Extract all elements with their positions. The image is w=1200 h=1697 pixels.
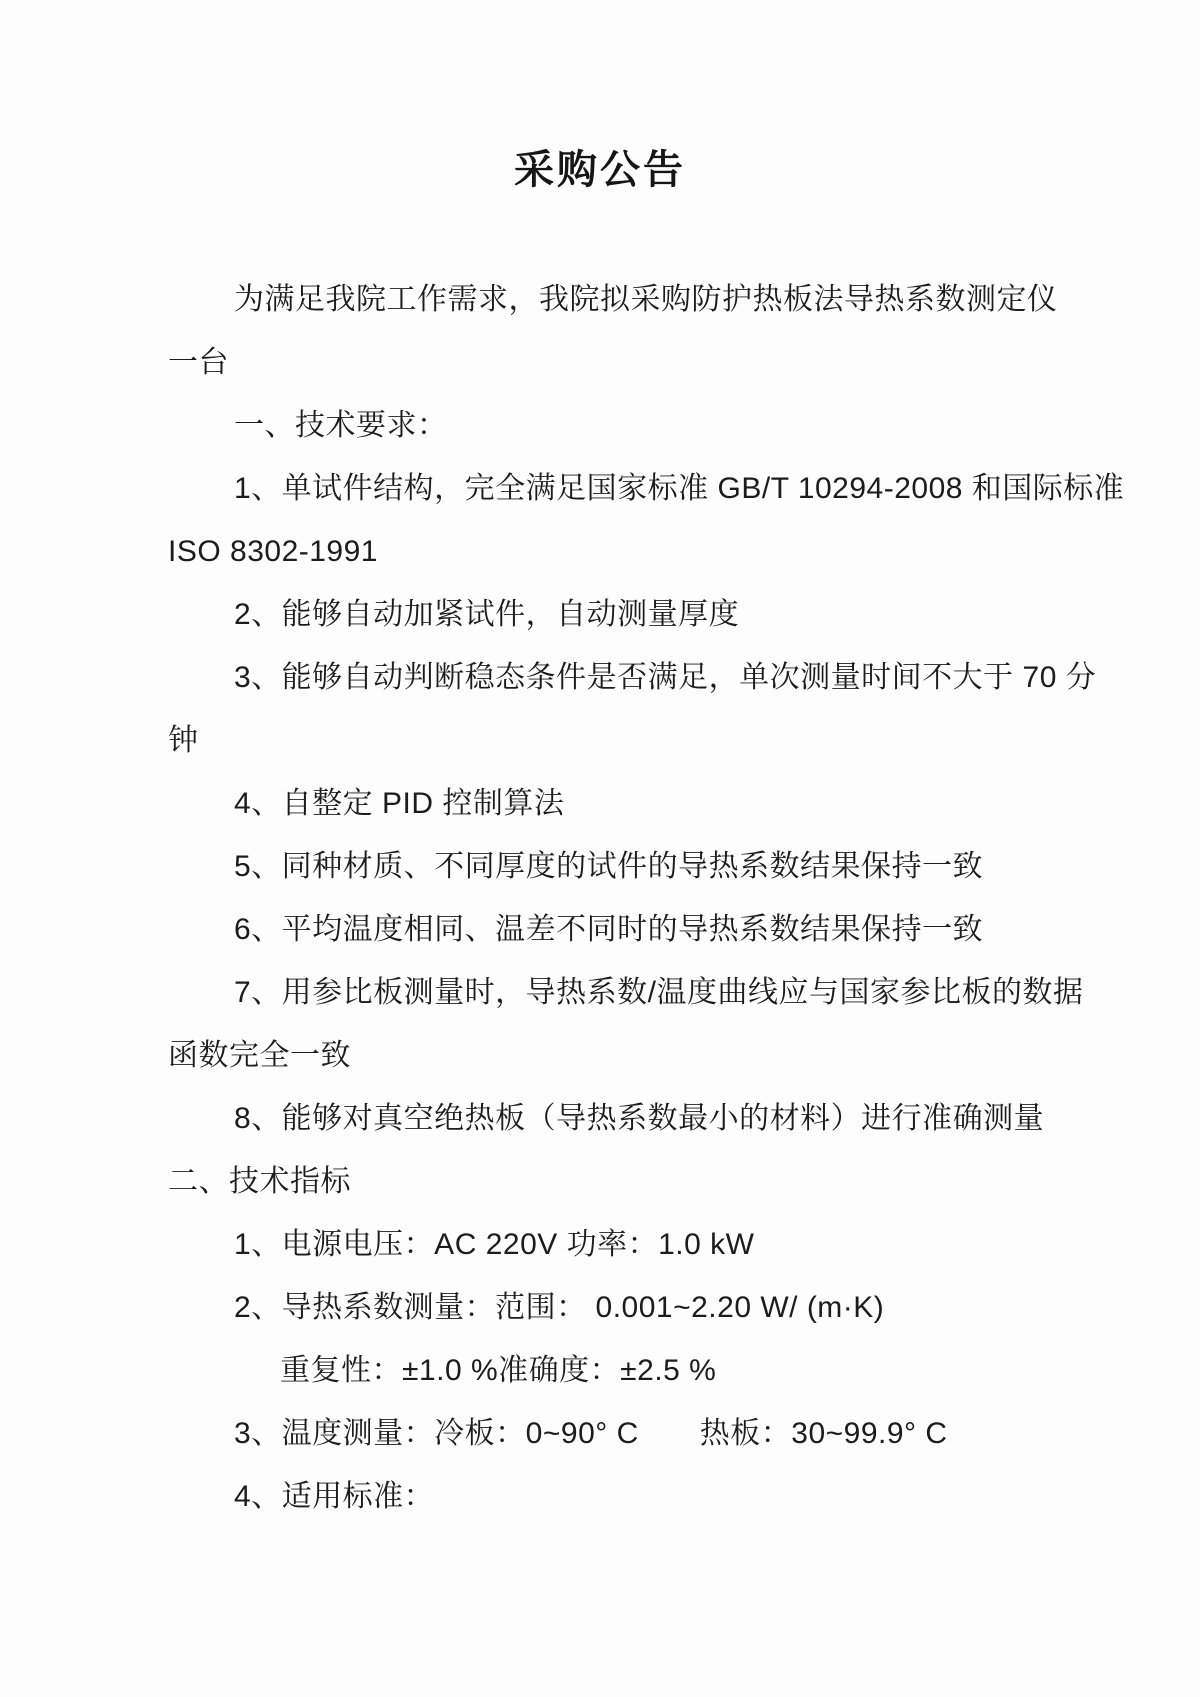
document-line: 3、能够自动判断稳态条件是否满足，单次测量时间不大于 70 分: [168, 646, 1058, 709]
document-body: 为满足我院工作需求，我院拟采购防护热板法导热系数测定仪一台一、技术要求：1、单试…: [168, 268, 1058, 1528]
document-line: 1、电源电压：AC 220V 功率：1.0 kW: [168, 1213, 1058, 1276]
document-line: 6、平均温度相同、温差不同时的导热系数结果保持一致: [168, 898, 1058, 961]
document-line: 4、自整定 PID 控制算法: [168, 772, 1058, 835]
document-line: 重复性：±1.0 %准确度：±2.5 %: [168, 1339, 1058, 1402]
document-page: 采购公告 为满足我院工作需求，我院拟采购防护热板法导热系数测定仪一台一、技术要求…: [0, 0, 1200, 1697]
document-line: 3、温度测量：冷板：0~90° C 热板：30~99.9° C: [168, 1402, 1058, 1465]
document-line: 1、单试件结构，完全满足国家标准 GB/T 10294-2008 和国际标准: [168, 457, 1058, 520]
document-line: 2、导热系数测量：范围： 0.001~2.20 W/ (m·K): [168, 1276, 1058, 1339]
document-line: 2、能够自动加紧试件，自动测量厚度: [168, 583, 1058, 646]
document-line: 函数完全一致: [168, 1024, 1058, 1087]
document-line: 一台: [168, 331, 1058, 394]
document-title: 采购公告: [0, 150, 1200, 190]
document-line: 7、用参比板测量时，导热系数/温度曲线应与国家参比板的数据: [168, 961, 1058, 1024]
document-line: 为满足我院工作需求，我院拟采购防护热板法导热系数测定仪: [168, 268, 1058, 331]
document-line: ISO 8302-1991: [168, 520, 1058, 583]
document-line: 一、技术要求：: [168, 394, 1058, 457]
document-line: 8、能够对真空绝热板（导热系数最小的材料）进行准确测量: [168, 1087, 1058, 1150]
document-line: 5、同种材质、不同厚度的试件的导热系数结果保持一致: [168, 835, 1058, 898]
document-line: 钟: [168, 709, 1058, 772]
document-line: 4、适用标准：: [168, 1465, 1058, 1528]
document-line: 二、技术指标: [168, 1150, 1058, 1213]
